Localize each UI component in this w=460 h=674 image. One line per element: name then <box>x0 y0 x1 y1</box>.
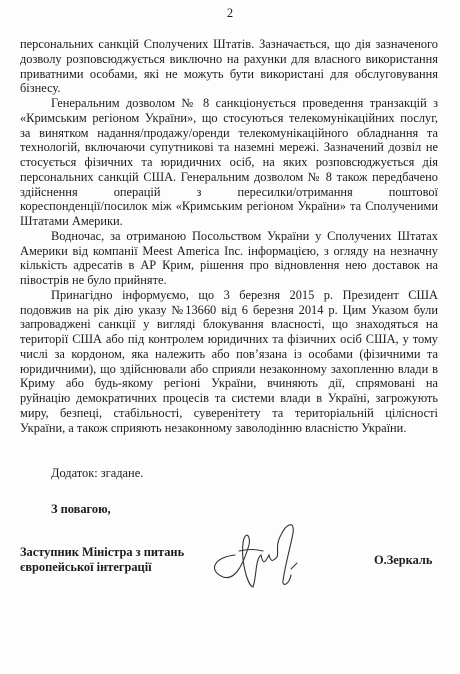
paragraph: персональних санкцій Сполучених Штатів. … <box>20 37 438 96</box>
text-line: технологій, включаючи супутникові та наз… <box>20 140 438 155</box>
text-line: кількість адресатів в АР Крим, рішення п… <box>20 258 438 273</box>
text-line: запроваджені санкції у вигляді блокуванн… <box>20 317 438 332</box>
text-line: миру, безпеці, стабільності, суверенітет… <box>20 406 438 421</box>
text-line: Америки від компанії Meest America Inc. … <box>20 244 438 259</box>
signatory-title-line1: Заступник Міністра з питань <box>20 545 184 560</box>
text-line: здійснення операцій з пересилки/отриманн… <box>20 185 438 200</box>
text-line: руйнацію демократичних процесів та систе… <box>20 391 438 406</box>
text-line: Принагідно інформуємо, що 3 березня 2015… <box>20 288 438 303</box>
paragraph: Водночас, за отриманою Посольством Украї… <box>20 229 438 288</box>
paragraph: Принагідно інформуємо, що 3 березня 2015… <box>20 288 438 436</box>
text-line: числі за кордоном, яка належить або пов’… <box>20 347 438 362</box>
paragraph: Генеральним дозволом № 8 санкціонується … <box>20 96 438 229</box>
text-line: подовжив на рік дію указу №13660 від 6 б… <box>20 303 438 318</box>
text-line: Криму або будь-якому регіоні України, вч… <box>20 376 438 391</box>
text-line: стосується фізичних та юридичних осіб, н… <box>20 155 438 170</box>
text-line: півострів не було прийняте. <box>20 273 438 288</box>
text-line: юридичними), що здійснювали або сприяли … <box>20 362 438 377</box>
text-line: за винятком надання/продажу/оренди телек… <box>20 126 438 141</box>
signatory-name: О.Зеркаль <box>374 553 432 568</box>
text-line: кореспонденції/посилок між «Кримським ре… <box>20 199 438 214</box>
text-line: персональних санкцій США. Генеральним до… <box>20 170 438 185</box>
letter-body: персональних санкцій Сполучених Штатів. … <box>20 37 438 435</box>
text-line: «Кримським регіоном України», що стосуют… <box>20 111 438 126</box>
text-line: приватними особами, які не можуть бути в… <box>20 67 438 82</box>
signatory-title: Заступник Міністра з питань європейської… <box>20 545 184 574</box>
text-line: Штатами Америки. <box>20 214 438 229</box>
page-number: 2 <box>0 6 460 21</box>
text-line: Генеральним дозволом № 8 санкціонується … <box>20 96 438 111</box>
text-line: персональних санкцій Сполучених Штатів. … <box>20 37 438 52</box>
text-line: Водночас, за отриманою Посольством Украї… <box>20 229 438 244</box>
text-line: дозволу розповсюджується виключно на рах… <box>20 52 438 67</box>
document-page: 2 персональних санкцій Сполучених Штатів… <box>0 0 460 674</box>
signatory-title-line2: європейської інтеграції <box>20 560 184 575</box>
handwritten-signature-icon <box>205 515 315 595</box>
text-line: території США або під контролем юридични… <box>20 332 438 347</box>
closing-salutation: З повагою, <box>51 502 111 517</box>
text-line: бізнесу. <box>20 81 438 96</box>
text-line: України, а також сприяють незаконному за… <box>20 421 438 436</box>
attachment-note: Додаток: згадане. <box>51 466 143 481</box>
